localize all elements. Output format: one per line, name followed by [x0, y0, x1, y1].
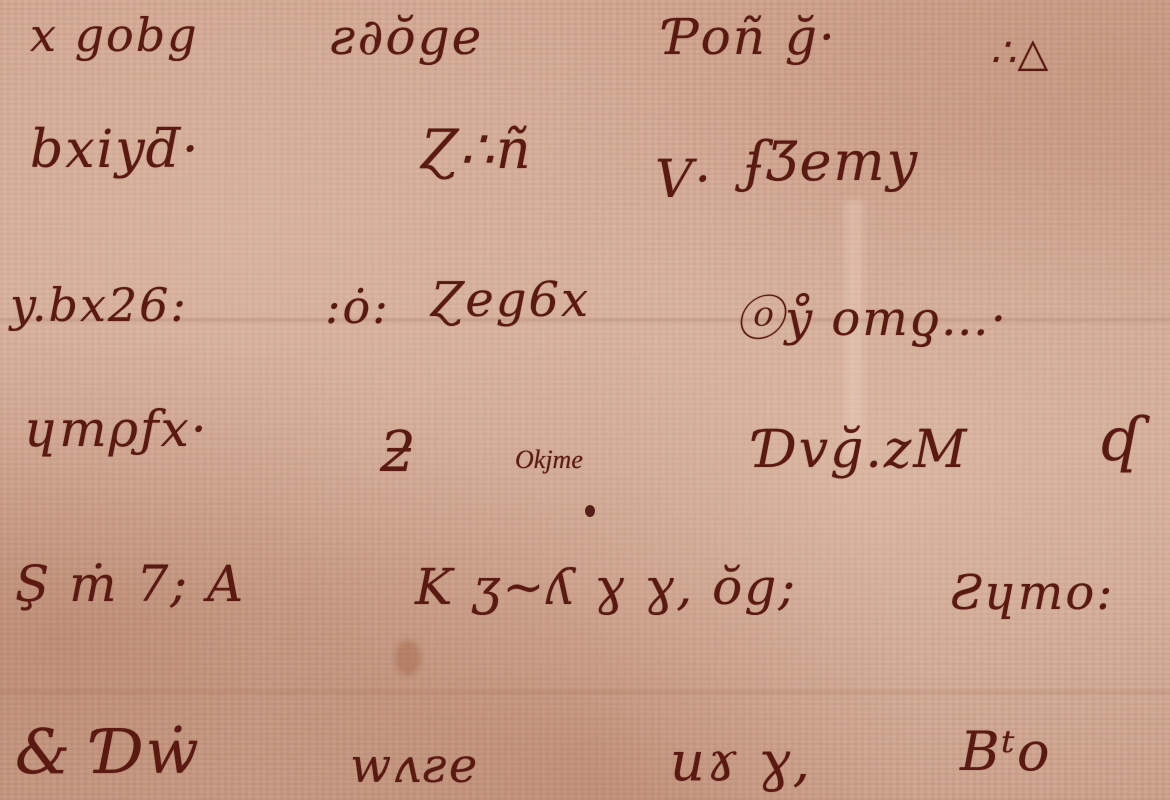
cipher-word: Ş ṁ 7; A [15, 555, 245, 613]
cipher-word: uɤ ɣ, [670, 730, 812, 793]
manuscript-text: x gobgƨ∂ŏgeƤoñ ğ·∴△bxiyƌ·Ɀ∴ñV·ʄƷemyy.bx2… [0, 0, 1170, 800]
cipher-word: bxiyƌ· [30, 120, 200, 180]
cipher-word: y.bx26: [10, 278, 188, 332]
cipher-word: Ɗvğ.zM [755, 420, 969, 480]
cipher-word: :ȯ: [325, 280, 390, 334]
cipher-word: Ƥoñ ğ· [665, 8, 837, 66]
cipher-word: Ɀ∴ñ [420, 118, 533, 181]
cipher-word: Okjme [515, 445, 583, 475]
cipher-word: ʠ [1100, 405, 1143, 475]
cipher-word: Bᵗo [960, 720, 1052, 783]
cipher-word: Ɀeg6x [430, 272, 590, 328]
cipher-word: ⓞẙ omƍ…· [735, 280, 1008, 349]
cipher-word: wʌƨe [350, 738, 479, 794]
cipher-word: ƨ∂ŏge [330, 8, 483, 66]
cipher-word: ƻ [380, 420, 418, 485]
cipher-word: V· [655, 150, 713, 210]
cipher-word: K ʒ~ʎ ɣ ɣ, ŏg; [415, 558, 797, 616]
cipher-word: ʄƷemy [745, 130, 919, 193]
cipher-word: ∴△ [990, 30, 1050, 76]
cipher-word: Ƨɥmo: [950, 565, 1114, 621]
cipher-word: & Ɗẇ [15, 715, 201, 788]
cipher-word: x gobg [30, 8, 199, 62]
cipher-word: ɥmρƒx· [25, 400, 209, 458]
